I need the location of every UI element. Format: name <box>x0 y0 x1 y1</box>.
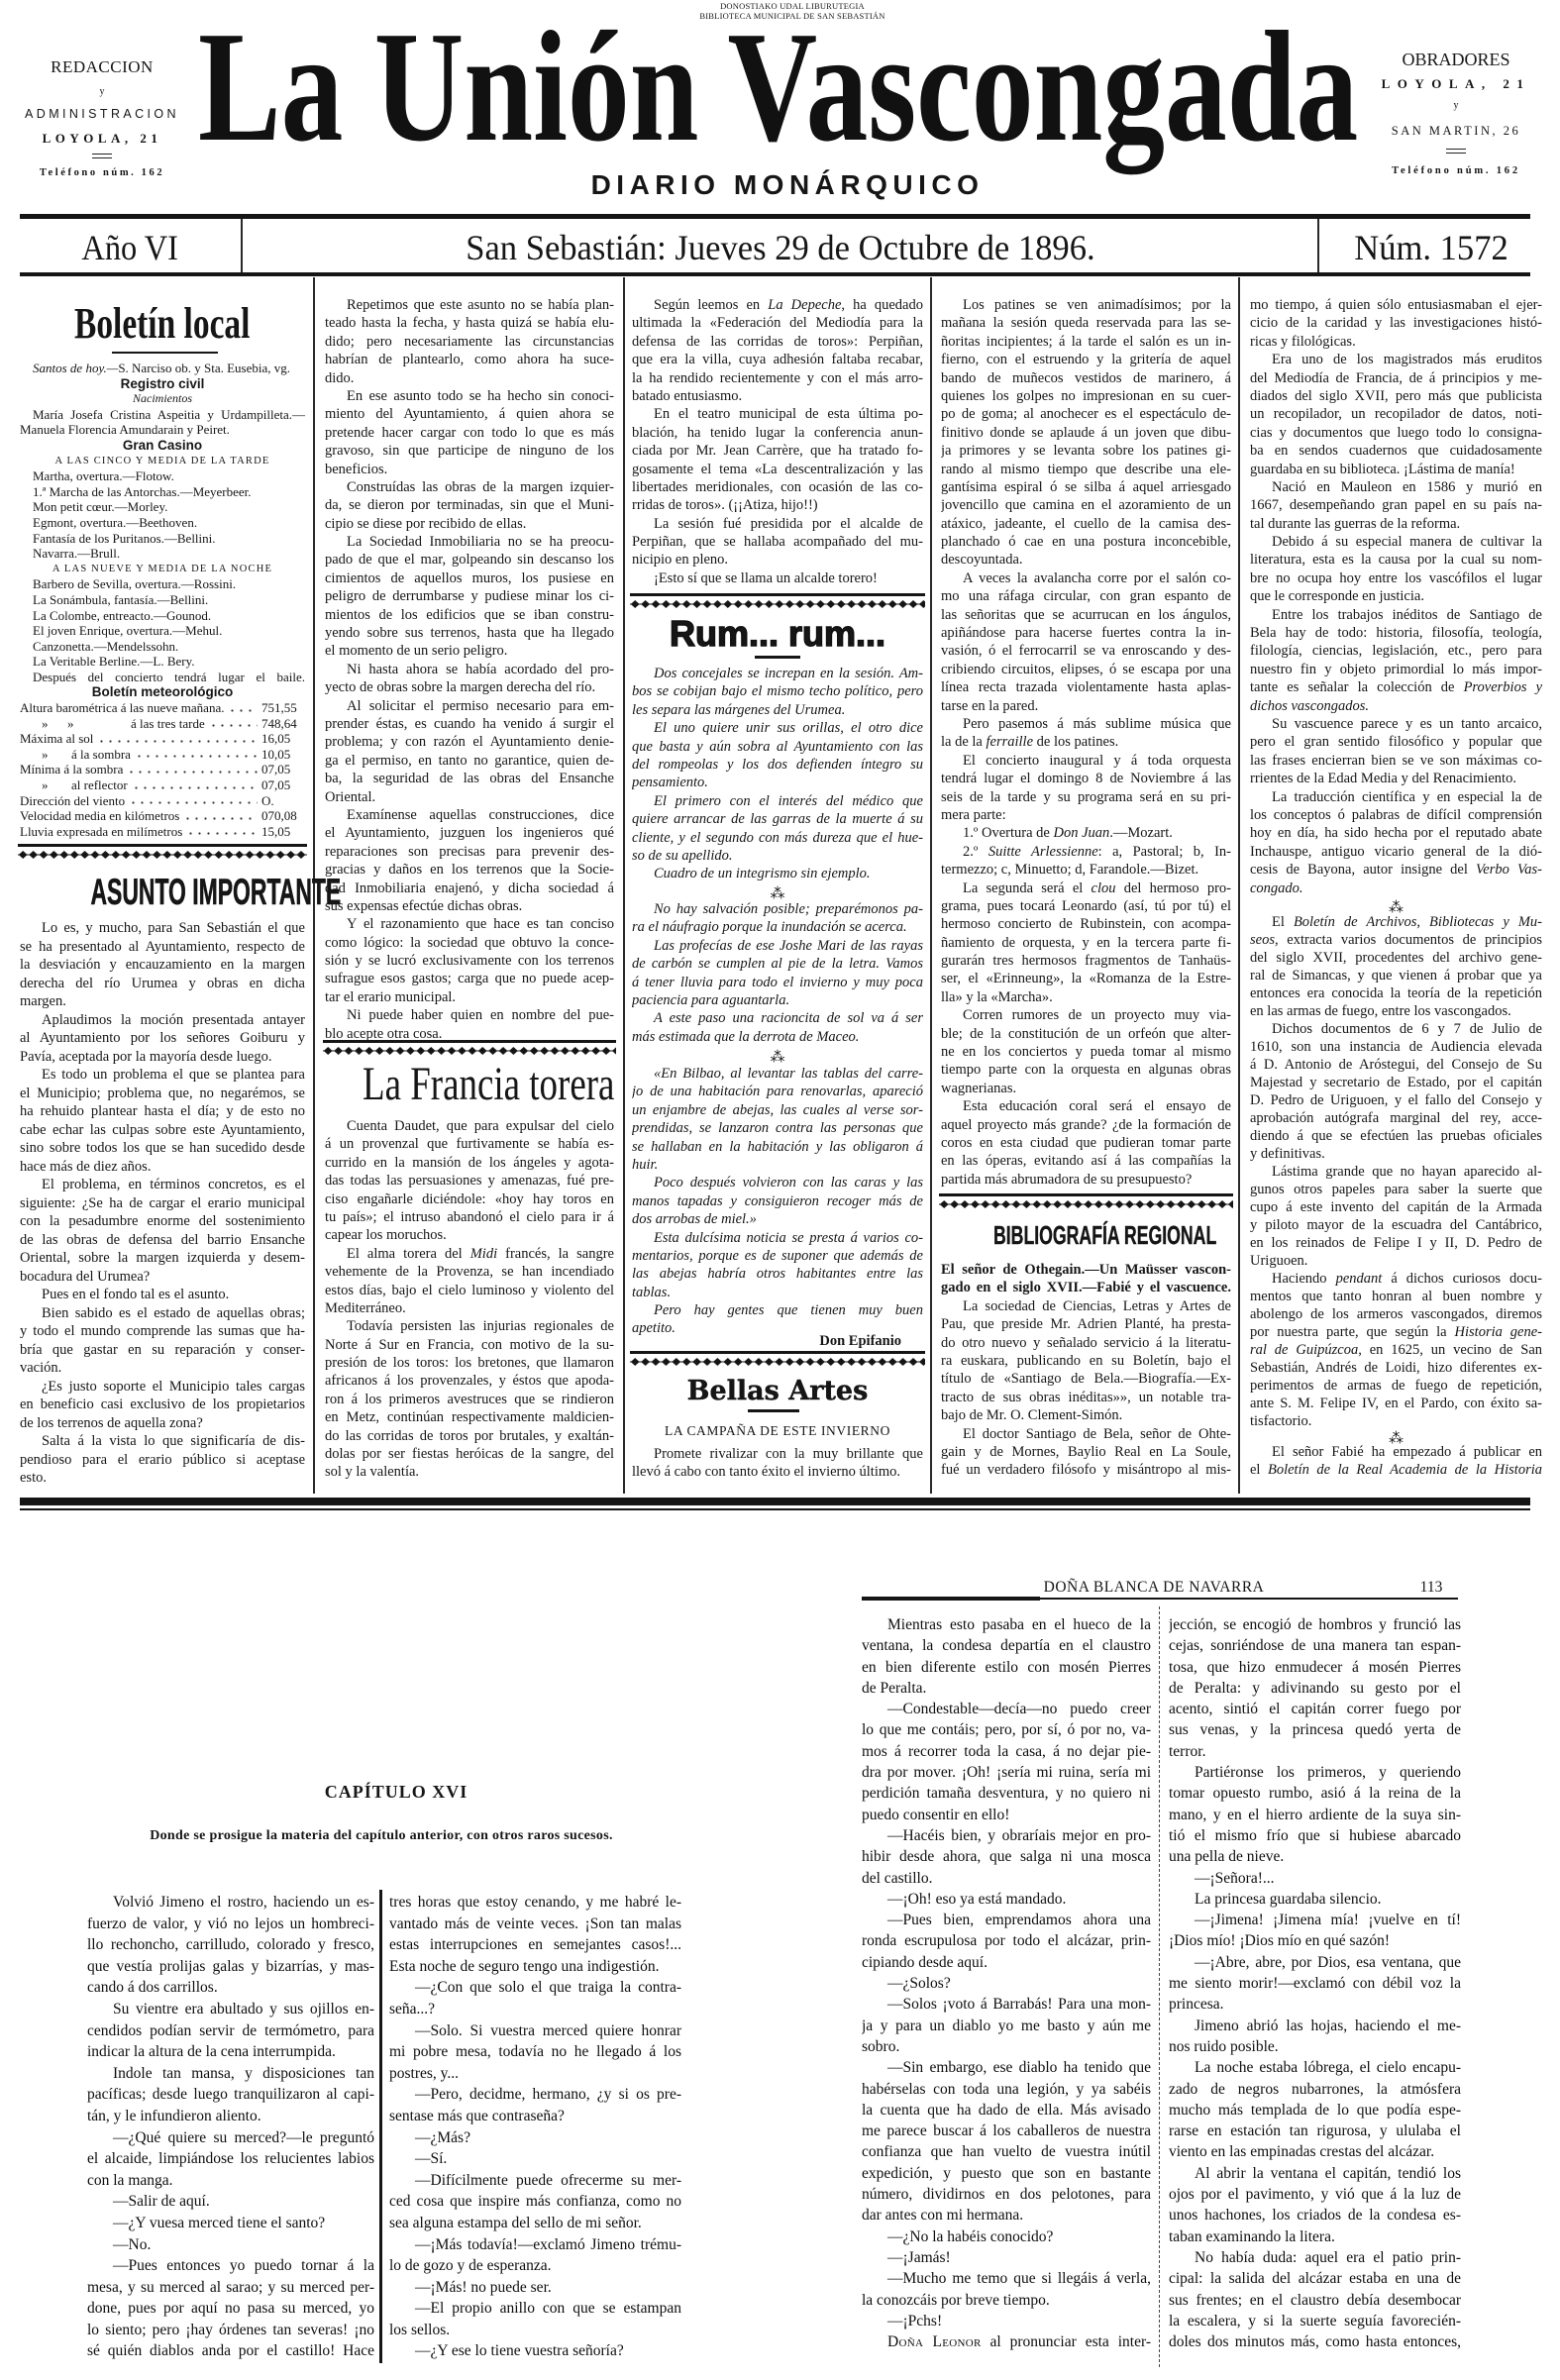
text-line: mucho más templada de lo que podía espe- <box>1169 2100 1461 2121</box>
article-heading-rum-rum: Rum... rum... <box>632 616 923 652</box>
text-line: 2.º Suitte Arlessienne: a, Pastoral; b, … <box>941 843 1231 861</box>
weather-label: á la sombra <box>71 747 131 763</box>
text-line: —¿Solos? <box>862 1973 1151 1994</box>
column-rule <box>379 1890 382 2363</box>
text-line: lo siento; pero ¡hay órdenes tan severas… <box>87 2320 374 2341</box>
text-line: nuestro fin y objeto primordial lo más i… <box>1250 661 1542 678</box>
text-line: ga el permiso, en tanto no garantice, qu… <box>325 752 614 770</box>
section-heading-boletin-local: Boletín local <box>14 302 311 346</box>
issue-number-text: Núm. 1572 <box>1354 230 1508 265</box>
text-line: gunos otros papeles para saber la suerte… <box>1250 1181 1542 1198</box>
text-line: sus frentes; en el claustro debía desemb… <box>1169 2290 1461 2311</box>
text-line: atáxico, jadeante, el cuello de la camis… <box>941 515 1231 533</box>
text-line: ciso engañarle diciéndole: «hoy hay toro… <box>325 1190 614 1208</box>
article-body: No hay salvación posible; preparémonos p… <box>632 900 923 1046</box>
text-line: tarse en la pared. <box>941 697 1231 715</box>
paragraph: mo tiempo, á quien sólo entusiasmaban el… <box>1250 296 1542 351</box>
article-body: mo tiempo, á quien sólo entusiasmaban el… <box>1250 296 1542 897</box>
text-line: Mientras esto pasaba en el hueco de la <box>862 1614 1151 1635</box>
text-line: las frases encierran bien se ve son máxi… <box>1250 752 1542 770</box>
text-line: presión de los toros: los bretones, que … <box>325 1354 614 1372</box>
text-line: la ha rendido recientemente y con el más… <box>632 369 923 387</box>
weather-label: Máxima al sol <box>20 731 93 747</box>
ditto-mark: » <box>20 747 71 763</box>
text-line: tal durante las guerras de la reforma. <box>1250 515 1542 533</box>
text-line: Jimeno abrió las hojas, haciendo el me- <box>1169 2016 1461 2036</box>
paragraph: Es todo un problema el que se plantea pa… <box>20 1066 305 1176</box>
text-line: cejas, sonriéndose de una manera tan esp… <box>1169 1635 1461 1656</box>
paragraph: Pues en el fondo tal es el asunto. <box>20 1286 305 1304</box>
weather-value: 751,55 <box>261 700 305 716</box>
paragraph: El Boletín de Archivos, Bibliotecas y Mu… <box>1250 913 1542 1020</box>
paragraph: —El propio anillo con que se estampanlos… <box>389 2298 681 2340</box>
text-line: —¿No la habéis conocido? <box>862 2226 1151 2247</box>
paragraph: Su vascuence parece y es un tanto arcaic… <box>1250 715 1542 788</box>
weather-row: Máxima al sol 16,05 <box>20 731 305 747</box>
concert-piece: La Colombe, entreacto.—Gounod. <box>20 608 305 624</box>
text-line: aprobación autógrafa marginal del rey, a… <box>1250 1109 1542 1127</box>
paragraph: Todavía persisten las injurias regionale… <box>325 1317 614 1482</box>
text-line: partida más abrumadora de su presupuesto… <box>941 1171 1231 1189</box>
article-body: Lo es, y mucho, para San Sebastián el qu… <box>20 919 305 1488</box>
text-line: —Mucho me temo que si llegáis á verla, <box>862 2268 1151 2289</box>
paragraph: Partiéronse los primeros, y queriendotom… <box>1169 1762 1461 1867</box>
page-bottom-rule <box>20 1498 1530 1505</box>
article-body: Cuenta Daudet, que para expulsar del cie… <box>325 1117 614 1482</box>
paragraph: —¿Qué quiere su merced?—le preguntóel al… <box>87 2127 374 2192</box>
book-column: Volvió Jimeno el rostro, haciendo un es-… <box>87 1892 374 2362</box>
text-line: de Peralta: y adivinando su gesto por el <box>1169 1678 1461 1699</box>
text-line: pretende hacer cargar con todo lo que es… <box>325 424 614 442</box>
text-line: blación, ha tenido lugar la conferencia … <box>632 424 923 442</box>
article-body: El señor de Othegain.—Un Maüsser vascon-… <box>941 1261 1231 1480</box>
issue-date-text: San Sebastián: Jueves 29 de Octubre de 1… <box>466 230 1094 265</box>
thin-rule <box>20 272 1530 276</box>
text-line: me siento morir!—exclamó con débil voz l… <box>1169 1973 1461 1994</box>
paragraph: —Difícilmente puede ofrecerme su mer-ced… <box>389 2170 681 2234</box>
paragraph: Dos concejales se increpan en la sesión.… <box>632 665 923 719</box>
text-line: bocadura del Urumea? <box>20 1268 305 1287</box>
weather-value: 07,05 <box>261 777 305 793</box>
text-line: terror. <box>1169 1741 1461 1762</box>
paragraph: Ni hasta ahora se había acordado del pro… <box>325 661 614 697</box>
text-line: dra por mover. ¡Oh! ¡sería mi ruina, ser… <box>862 1762 1151 1783</box>
text-line: fuerzo de valor, y vió no lejos un hombr… <box>87 1914 374 1935</box>
text-line: Repetimos que este asunto no se había pl… <box>325 296 614 314</box>
text-line: el Municipio; problema que, no negarémos… <box>20 1085 305 1103</box>
weather-row: » á la sombra 10,05 <box>20 747 305 763</box>
concert-piece: 1.ª Marcha de las Antorchas.—Meyerbeer. <box>20 484 305 500</box>
text-line: bría que gastar en su reparación y conse… <box>20 1341 305 1360</box>
paragraph: Nació en Mauleon en 1586 y murió en1667,… <box>1250 478 1542 533</box>
text-line: rrientes de la Edad Media y del Renacimi… <box>1250 770 1542 787</box>
heading-text: Bellas Artes <box>687 1378 869 1404</box>
chapter-summary: Donde se prosigue la materia del capítul… <box>99 1827 664 1845</box>
weather-row: Lluvia expresada en milímetros 15,05 <box>20 824 305 840</box>
dateline-divider <box>1317 219 1319 274</box>
text-line: ble; de la constitución de un orfeón que… <box>941 1025 1231 1043</box>
text-line: —¿Con que solo el que traiga la contra- <box>389 1977 681 1999</box>
local-bulletin-list: Santos de hoy.—S. Narciso ob. y Sta. Eus… <box>20 361 305 839</box>
text-line: —¡Oh! eso ya está mandado. <box>862 1889 1151 1910</box>
paragraph: Según leemos en La Depeche, ha quedadoul… <box>632 296 923 405</box>
text-line: en Metz, continúan respectivamente maldi… <box>325 1408 614 1426</box>
ornamental-rule <box>323 1040 616 1058</box>
office-heading-2: ADMINISTRACION <box>8 105 196 123</box>
paragraph: Dichos documentos de 6 y 7 de Julio de16… <box>1250 1020 1542 1163</box>
text-line: como lógico: la sociedad que obtuvo la c… <box>325 934 614 952</box>
text-line: batado entusiasmo. <box>632 387 923 405</box>
text-line: dos arrobas de miel.» <box>632 1210 923 1228</box>
text-line: dido; pero necesariamente las circunstan… <box>325 333 614 351</box>
text-line: tomar opuesto rumbo, asió á la reina de … <box>1169 1783 1461 1804</box>
text-line: la desviación y encauzamiento en la marg… <box>20 956 305 975</box>
book-column: jección, se encogió de hombros y frunció… <box>1169 1614 1461 2352</box>
paragraph: —¡Oh! eso ya está mandado. <box>862 1889 1151 1910</box>
text-line: mañana la sesión queda reservada para la… <box>941 314 1231 332</box>
paragraph: Entre los trabajos inéditos de Santiago … <box>1250 606 1542 715</box>
text-line: derecha del río Urumea y obras en dicha <box>20 975 305 993</box>
text-line: Dos concejales se increpan en la sesión.… <box>632 665 923 682</box>
text-line: cipiando desde aquí. <box>862 1952 1151 1973</box>
text-line: finitivo donde se aplaude á un joven que… <box>941 424 1231 442</box>
paragraph: —No. <box>87 2234 374 2256</box>
text-line: las abejas habría otros habitantes entre… <box>632 1265 923 1283</box>
masthead-subtitle-text: DIARIO MONÁRQUICO <box>591 171 985 199</box>
text-line: La segunda será el clou del hermoso pro- <box>941 880 1231 897</box>
weather-row: » » á las tres tarde 748,64 <box>20 716 305 732</box>
book-column: tres horas que estoy cenando, y me habré… <box>389 1892 681 2362</box>
heading-text: ASUNTO IMPORTANTE <box>90 874 341 910</box>
text-line: cabe echar las culpas sobre este Ayuntam… <box>20 1121 305 1140</box>
text-line: mentos que tanto honran al buen nombre y <box>1250 1288 1542 1305</box>
paragraph: —Pues entonces yo puedo tornar á lamesa,… <box>87 2255 374 2362</box>
text-line: los conceptos ó palabras de difícil comp… <box>1250 806 1542 824</box>
text-line: quiere arrancar de las garras de la muer… <box>632 810 923 828</box>
text-line: reparaciones son precisas para prevenir … <box>325 843 614 861</box>
text-line: No hay salvación posible; preparémonos p… <box>632 900 923 918</box>
paragraph: Indole tan mansa, y disposiciones tanpac… <box>87 2063 374 2127</box>
paragraph: Y el razonamiento que hace es tan concis… <box>325 915 614 1006</box>
text-line: —Sin embargo, ese diablo ha tenido que <box>862 2057 1151 2078</box>
text-line: vasión, ó el ferrocarril se va enroscand… <box>941 642 1231 660</box>
ornament-dash <box>92 154 112 158</box>
text-line: Ni puede haber quien en nombre del pue- <box>325 1006 614 1024</box>
text-line: Cuadro de un integrismo sin ejemplo. <box>632 865 923 882</box>
text-line: un enjambre de abejas, las cuales al ver… <box>632 1101 923 1119</box>
paragraph: —Pero, decidme, hermano, ¿y si os pre-se… <box>389 2084 681 2126</box>
paragraph: No había duda: aquel era el patio prin-c… <box>1169 2247 1461 2352</box>
text-line: yecto de obras sobre la margen derecha d… <box>325 678 614 696</box>
text-line: acento, sintió el capitán correr fuego p… <box>1169 1699 1461 1719</box>
text-line: línea recta trazada violentamente hasta … <box>941 678 1231 696</box>
text-line: —¿Y ese lo tiene vuestra señoría? <box>389 2340 681 2362</box>
paragraph: Su vientre era abultado y sus ojillos en… <box>87 1999 374 2063</box>
text-line: das todas las persuasiones y amenazas, f… <box>325 1172 614 1190</box>
text-line: llevó á cabo con tanto éxito el invierno… <box>632 1463 923 1481</box>
text-line: ba en sendos cuadernos que cuidadosament… <box>1250 442 1542 460</box>
text-line: de los terrenos de aquella zona? <box>20 1414 305 1433</box>
text-line: Pero hay gentes que tienen muy buen <box>632 1301 923 1319</box>
article-body: El señor Fabié ha empezado á publicar en… <box>1250 1443 1542 1479</box>
text-line: tió el mismo frío que si hubiese abarcad… <box>1169 1825 1461 1846</box>
text-line: so de su apellido. <box>632 847 923 865</box>
text-line: cribiendo circuitos, elipses, ó se escap… <box>941 661 1231 678</box>
text-line: —¡Más todavía!—exclamó Jimeno trému- <box>389 2234 681 2256</box>
chapter-title-text: CAPÍTULO XVI <box>325 1782 468 1802</box>
concert-pieces: Barbero de Sevilla, overtura.—Rossini.La… <box>20 576 305 670</box>
paragraph: —Sí. <box>389 2148 681 2170</box>
text-line: tendrá lugar el domingo 8 de Noviembre á… <box>941 770 1231 787</box>
text-line: pendioso para el erario público si acept… <box>20 1451 305 1470</box>
masthead-subtitle: DIARIO MONÁRQUICO <box>540 171 1035 199</box>
dot-leader <box>135 755 258 758</box>
concert-piece: Egmont, overtura.—Beethoven. <box>20 515 305 531</box>
text-line: Los patines se ven animadísimos; por la <box>941 296 1231 314</box>
text-line: Sebastián, Andrés de Loidi, hizo diferen… <box>1250 1359 1542 1377</box>
text-line: —Sí. <box>389 2148 681 2170</box>
paragraph: Construídas las obras de la margen izqui… <box>325 478 614 533</box>
text-line: hoy en día, ha sido hecha por el reputad… <box>1250 824 1542 842</box>
text-line: Partiéronse los primeros, y queriendo <box>1169 1762 1461 1783</box>
text-line: Inchauspe, antiguo vicario general de la… <box>1250 843 1542 861</box>
text-line: do las corridas de toros por brutales, y… <box>325 1427 614 1445</box>
paragraph: tres horas que estoy cenando, y me habré… <box>389 1892 681 1977</box>
text-line: Oriental. <box>325 788 614 806</box>
text-line: jovencillo que camina en el azoramiento … <box>941 496 1231 514</box>
text-line: Esta educación coral será el ensayo de <box>941 1097 1231 1115</box>
text-line: sino sobre todos los que se han sucedido… <box>20 1139 305 1158</box>
text-line: —Pero, decidme, hermano, ¿y si os pre- <box>389 2084 681 2106</box>
text-line: en bien diferente estilo con mosén Pierr… <box>862 1657 1151 1678</box>
text-line: —Solos ¡voto á Barrabás! Para una mon- <box>862 1994 1151 2015</box>
text-line: da, se dieron por terminadas, sin que el… <box>325 496 614 514</box>
text-line: cendidos podían servir de termómetro, pa… <box>87 2020 374 2042</box>
weather-row: Dirección del viento O. <box>20 793 305 809</box>
text-line: ba, la seguridad de las obras del Ensanc… <box>325 770 614 787</box>
paragraph: —¡Pchs! <box>862 2311 1151 2331</box>
text-line: del castillo. <box>862 1868 1151 1889</box>
text-line: zado de negros nubarrones, la atmósfera <box>1169 2079 1461 2100</box>
text-line: gosamente el tema «La descentralización … <box>632 461 923 478</box>
ditto-mark: » <box>20 777 71 793</box>
text-line: Norte á Sur en Francia, con motivo de la… <box>325 1336 614 1354</box>
office-phone: Teléfono núm. 162 <box>8 166 196 180</box>
paragraph: —Pues bien, emprendamos ahora unaronda e… <box>862 1910 1151 1973</box>
text-line: prendidas, se lanzaron contra las person… <box>632 1119 923 1137</box>
paragraph: Esta educación coral será el ensayo deaq… <box>941 1097 1231 1189</box>
text-line: coros en esta ciudad que pudieran tomar … <box>941 1134 1231 1152</box>
text-line: más estimada que la derrota de Maceo. <box>632 1028 923 1046</box>
paragraph: La princesa guardaba silencio. <box>1169 1889 1461 1910</box>
text-line: ha rehuido plantear hasta el día; y de e… <box>20 1102 305 1121</box>
text-line: —Difícilmente puede ofrecerme su mer- <box>389 2170 681 2192</box>
office-heading: REDACCION <box>8 56 196 78</box>
ornamental-rule <box>18 844 307 862</box>
text-line: Majestad y secretario de Estado, por el … <box>1250 1074 1542 1091</box>
text-line: pacíficas; desde luego tranquilizaron al… <box>87 2084 374 2106</box>
paragraph: Haciendo pendant á dichos curiosos docu-… <box>1250 1270 1542 1430</box>
text-line: quienes los golpes no impresionan en su … <box>941 387 1231 405</box>
text-line: bajo de Mr. O. Clement-Simón. <box>941 1406 1231 1424</box>
text-line: ral de Guipúzcoa, en 1625, un vecino de … <box>1250 1341 1542 1359</box>
short-rule <box>748 1409 799 1412</box>
text-line: ante S. M. Felipe IV, en el Pardo, con é… <box>1250 1395 1542 1412</box>
paragraph: A este paso una racioncita de sol va á s… <box>632 1009 923 1046</box>
text-line: currido en la mansión de los ángeles y a… <box>325 1154 614 1172</box>
text-line: filología, ciencias, legislación, etc., … <box>1250 642 1542 660</box>
text-line: rarse en estación tan rigurosa, y ululab… <box>1169 2121 1461 2141</box>
paragraph: En el teatro municipal de esta última po… <box>632 405 923 514</box>
text-line: ventana, la condesa departía en el claus… <box>862 1635 1151 1656</box>
subheading-text: LA CAMPAÑA DE ESTE INVIERNO <box>665 1423 890 1439</box>
text-line: libertades meridionales, con ocasión de … <box>632 478 923 496</box>
text-line: el momento de un serio peligro. <box>325 642 614 660</box>
paragraph: —Solo. Si vuestra merced quiere honrarmi… <box>389 2020 681 2085</box>
text-line: mano, y en el hierro ardiente de la suya… <box>1169 1805 1461 1825</box>
paragraph: Volvió Jimeno el rostro, haciendo un es-… <box>87 1892 374 1999</box>
text-line: Uriguoen. <box>1250 1252 1542 1270</box>
text-line: sea alguna estampa del sello de mi señor… <box>389 2213 681 2234</box>
text-line: ron á los primeros avestruces que se rin… <box>325 1391 614 1408</box>
conjunction: y <box>8 85 196 99</box>
after-concert-note: Después del concierto tendrá lugar el ba… <box>20 670 305 685</box>
text-line: ra euskara, publicando en su Boletín, ba… <box>941 1352 1231 1370</box>
issue-number: Núm. 1572 <box>1327 230 1535 265</box>
issue-date: San Sebastián: Jueves 29 de Octubre de 1… <box>243 230 1317 265</box>
paragraph: Los patines se ven animadísimos; por lam… <box>941 296 1231 569</box>
newspaper-scan-page: DONOSTIAKO UDAL LIBURUTEGIA BIBLIOTECA M… <box>0 0 1560 2380</box>
paragraph: «En Bilbao, al levantar las tablas del c… <box>632 1065 923 1174</box>
text-line: africanos á los provenzales, y éstos que… <box>325 1372 614 1390</box>
text-line: done, pues por aquí no pasa su merced, y… <box>87 2298 374 2320</box>
text-line: La sesión fué presidida por el alcalde d… <box>632 515 923 533</box>
dot-leader <box>132 786 258 789</box>
paragraph: Pero pasemos á más sublime música quela … <box>941 715 1231 752</box>
text-line: un recopilador, un recopilador de datos,… <box>1250 405 1542 423</box>
dot-leader <box>186 832 258 835</box>
paragraph: Al abrir la ventana el capitán, tendió l… <box>1169 2163 1461 2247</box>
text-line: Entre los trabajos inéditos de Santiago … <box>1250 606 1542 624</box>
text-line: A veces la avalancha corre por el salón … <box>941 569 1231 587</box>
text-line: ra el náufragio porque la inundación se … <box>632 918 923 936</box>
text-line: del Mediodía de Francia, de á principios… <box>1250 369 1542 387</box>
text-line: perdición tamaña desventura, y no quiero… <box>862 1783 1151 1804</box>
weather-label: Mínima á la sombra <box>20 762 123 777</box>
text-line: literatura, esta es la causa por la cual… <box>1250 551 1542 569</box>
birth-entry: Manuela Florencia Amundarain y Peiret. <box>20 422 305 438</box>
text-line: —¡Señora!... <box>1169 1868 1461 1889</box>
text-line: gain y de Mornes, Baylio Real en La Soul… <box>941 1443 1231 1461</box>
text-line: estas interrupciones en semejantes casos… <box>389 1934 681 1956</box>
text-line: manos tapadas y consiguieron recoger más… <box>632 1192 923 1210</box>
article-body: Los patines se ven animadísimos; por lam… <box>941 296 1231 1189</box>
text-line: La Sociedad Inmobiliaria no se ha preocu… <box>325 533 614 551</box>
paragraph: —Salir de aquí. <box>87 2191 374 2213</box>
weather-row: Velocidad media en kilómetros 070,08 <box>20 808 305 824</box>
casino-heading: Gran Casino <box>20 438 305 454</box>
text-line: á tener lluvia para todo el invierno y m… <box>632 974 923 991</box>
text-line: El uno quiere unir sus orillas, el otro … <box>632 719 923 737</box>
works-address: LOYOLA, 21 <box>1367 75 1545 93</box>
concert-piece: Martha, overtura.—Flotow. <box>20 468 305 484</box>
weather-value: 10,05 <box>261 747 305 763</box>
text-line: el Boletín de la Real Academia de la His… <box>1250 1461 1542 1479</box>
works-address-2: SAN MARTIN, 26 <box>1367 122 1545 140</box>
dot-leader <box>183 817 258 820</box>
text-line: hibir desde ahora, que salga ni una mosc… <box>862 1846 1151 1867</box>
text-line: termezzo; c, Minuetto; d, Farandole.—Biz… <box>941 861 1231 879</box>
paragraph: Salta á la vista lo que significaría de … <box>20 1432 305 1488</box>
paragraph: La segunda será el clou del hermoso pro-… <box>941 880 1231 1007</box>
text-line: y piloto mayor de la escuadra del Cantáb… <box>1250 1216 1542 1234</box>
header-rule-thick <box>862 1597 1040 1601</box>
text-line: —¡Pchs! <box>862 2311 1151 2331</box>
text-line: y todo el mundo comprende las sumas que … <box>20 1322 305 1341</box>
text-line: po de goma; al anochecer es el espectácu… <box>941 405 1231 423</box>
paragraph: —Sin embargo, ese diablo ha tenido queha… <box>862 2057 1151 2225</box>
text-line: Perpiñan, que se hallaba acompañado del … <box>632 533 923 551</box>
text-line: seña...? <box>389 1999 681 2020</box>
text-line: El concierto inaugural y á toda orquesta <box>941 752 1231 770</box>
text-line: los sellos. <box>389 2320 681 2341</box>
paragraph: Aplaudimos la moción presentada antayera… <box>20 1011 305 1067</box>
paragraph: —¡Más! no puede ser. <box>389 2277 681 2299</box>
article-heading-bibliografia-regional: BIBLIOGRAFÍA REGIONAL <box>941 1222 1231 1248</box>
text-line: seis de la tarde y su programa será en s… <box>941 788 1231 806</box>
text-line: sobro. <box>862 2036 1151 2057</box>
office-address: LOYOLA, 21 <box>8 130 196 148</box>
text-line: en las armas de fuego, entre los vascong… <box>1250 1002 1542 1020</box>
text-line: ral de Simancas, y que vienen á probar q… <box>1250 967 1542 984</box>
text-line: tán, y le infundieron aliento. <box>87 2106 374 2127</box>
dot-leader <box>228 709 258 712</box>
paragraph: jección, se encogió de hombros y frunció… <box>1169 1614 1461 1762</box>
text-line: cupo á este invento del capitán de la Ar… <box>1250 1198 1542 1216</box>
paragraph: La sesión fué presidida por el alcalde d… <box>632 515 923 569</box>
text-line: siguiente: ¿Se ha de cargar el erario mu… <box>20 1194 305 1213</box>
text-line: entonces era conocida la teoría de la re… <box>1250 984 1542 1002</box>
text-line: Poco después volvieron con las caras y l… <box>632 1174 923 1191</box>
paragraph: No hay salvación posible; preparémonos p… <box>632 900 923 937</box>
text-line: ja primores y se levanta sobre los patin… <box>941 442 1231 460</box>
text-line: dar antes con mi hermana. <box>862 2205 1151 2225</box>
article-body: Dos concejales se increpan en la sesión.… <box>632 665 923 883</box>
text-line: tablas. <box>632 1284 923 1301</box>
paragraph: Repetimos que este asunto no se había pl… <box>325 296 614 387</box>
works-heading: OBRADORES <box>1367 49 1545 70</box>
text-line: se hallaban en la habitación y las oblig… <box>632 1138 923 1156</box>
ornamental-rule <box>630 1351 925 1369</box>
dot-leader <box>127 771 258 774</box>
paragraph: El concierto inaugural y á toda orquesta… <box>941 752 1231 825</box>
text-line: habérselas con toda una legión, y ya sab… <box>862 2079 1151 2100</box>
column-rule <box>623 277 625 1494</box>
text-line: El Boletín de Archivos, Bibliotecas y Mu… <box>1250 913 1542 931</box>
paragraph: —¿Y vuesa merced tiene el santo? <box>87 2213 374 2234</box>
text-line: Era uno de los magistrados más eruditos <box>1250 351 1542 368</box>
text-line: ricas y filológicas. <box>1250 333 1542 351</box>
civil-registry-heading: Registro civil <box>20 376 305 392</box>
text-line: margen. <box>20 992 305 1011</box>
heading-text: La Francia torera <box>363 1061 614 1108</box>
paragraph: —¿Solos? <box>862 1973 1151 1994</box>
text-line: con la pesadumbre enorme del sostenimien… <box>20 1212 305 1231</box>
text-line: mo tiempo, á quien sólo entusiasmaban el… <box>1250 296 1542 314</box>
text-line: dido. <box>325 369 614 387</box>
asterism-separator: ⁂ <box>632 885 923 901</box>
text-line: —¡Jimena! ¡Jimena mía! ¡vuelve en tí! <box>1169 1910 1461 1930</box>
